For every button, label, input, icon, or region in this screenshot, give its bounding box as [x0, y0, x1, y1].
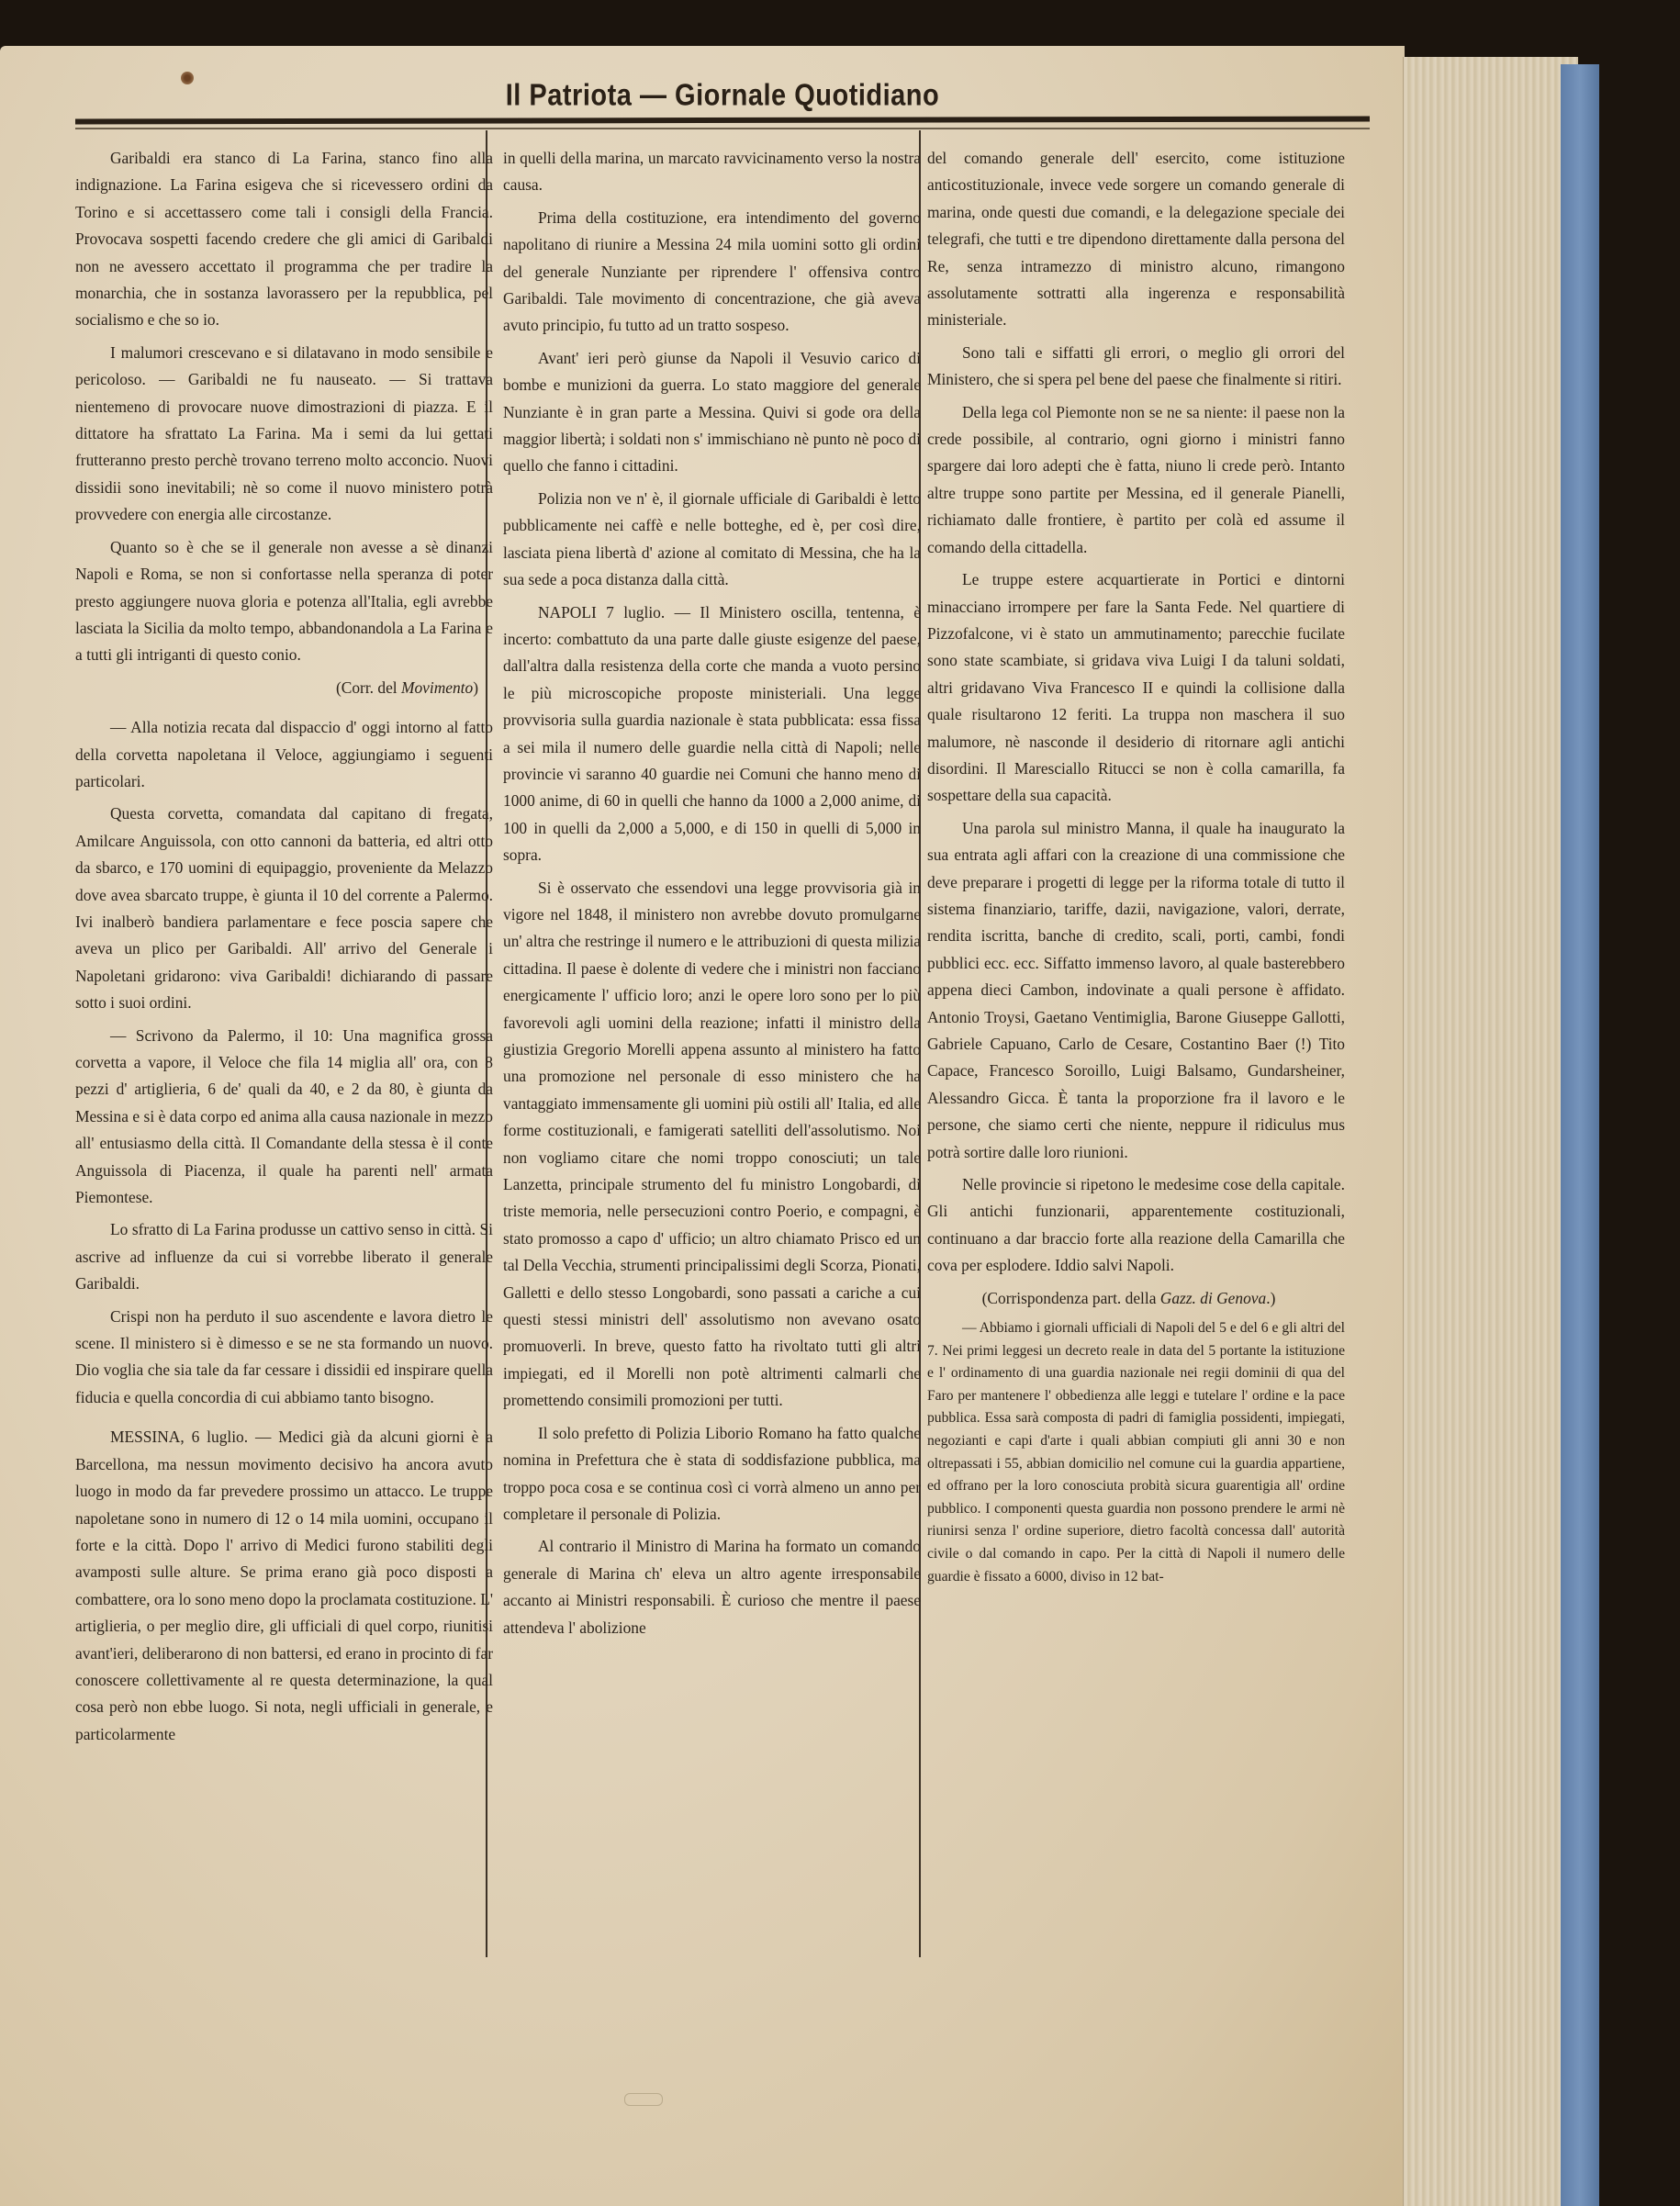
paragraph: Lo sfratto di La Farina produsse un catt…	[75, 1216, 493, 1297]
column-3: del comando generale dell' esercito, com…	[927, 145, 1345, 1594]
paragraph: — Scrivono da Palermo, il 10: Una magnif…	[75, 1023, 493, 1212]
paragraph: — Abbiamo i giornali ufficiali di Napoli…	[927, 1317, 1345, 1588]
book-page-stack	[1403, 57, 1578, 2206]
paragraph: Polizia non ve n' è, il giornale ufficia…	[503, 486, 921, 594]
paragraph: I malumori crescevano e si dilatavano in…	[75, 340, 493, 529]
paragraph: Il solo prefetto di Polizia Liborio Roma…	[503, 1420, 921, 1529]
source-attribution: (Corr. del Movimento)	[75, 675, 478, 701]
paragraph: Si è osservato che essendovi una legge p…	[503, 875, 921, 1415]
paragraph: Quanto so è che se il generale non avess…	[75, 534, 493, 669]
paragraph: Nelle provincie si ripetono le medesime …	[927, 1171, 1345, 1280]
paragraph: Garibaldi era stanco di La Farina, stanc…	[75, 145, 493, 334]
paragraph: Prima della costituzione, era intendimen…	[503, 205, 921, 340]
book-cover-edge	[1561, 64, 1599, 2206]
masthead-title: Il Patriota — Giornale Quotidiano	[75, 79, 1370, 114]
paragraph: Una parola sul ministro Manna, il quale …	[927, 815, 1345, 1166]
paragraph: Sono tali e siffatti gli errori, o megli…	[927, 340, 1345, 394]
header-rule-thin	[75, 128, 1370, 129]
paragraph: Al contrario il Ministro di Marina ha fo…	[503, 1533, 921, 1641]
paragraph: Della lega col Piemonte non se ne sa nie…	[927, 399, 1345, 561]
paragraph: NAPOLI 7 luglio. — Il Ministero oscilla,…	[503, 599, 921, 869]
paragraph: Avant' ieri però giunse da Napoli il Ves…	[503, 345, 921, 480]
paragraph: Questa corvetta, comandata dal capitano …	[75, 801, 493, 1016]
paragraph: MESSINA, 6 luglio. — Medici già da alcun…	[75, 1424, 493, 1748]
column-1: Garibaldi era stanco di La Farina, stanc…	[75, 145, 493, 1753]
paragraph: in quelli della marina, un marcato ravvi…	[503, 145, 921, 199]
paragraph: — Alla notizia recata dal dispaccio d' o…	[75, 714, 493, 795]
source-attribution: (Corrispondenza part. della Gazz. di Gen…	[927, 1285, 1330, 1312]
paragraph: Le truppe estere acquartierate in Portic…	[927, 566, 1345, 810]
paragraph: del comando generale dell' esercito, com…	[927, 145, 1345, 334]
binding-mark	[624, 2093, 663, 2106]
paragraph: Crispi non ha perduto il suo ascendente …	[75, 1304, 493, 1412]
column-2: in quelli della marina, un marcato ravvi…	[503, 145, 921, 1647]
